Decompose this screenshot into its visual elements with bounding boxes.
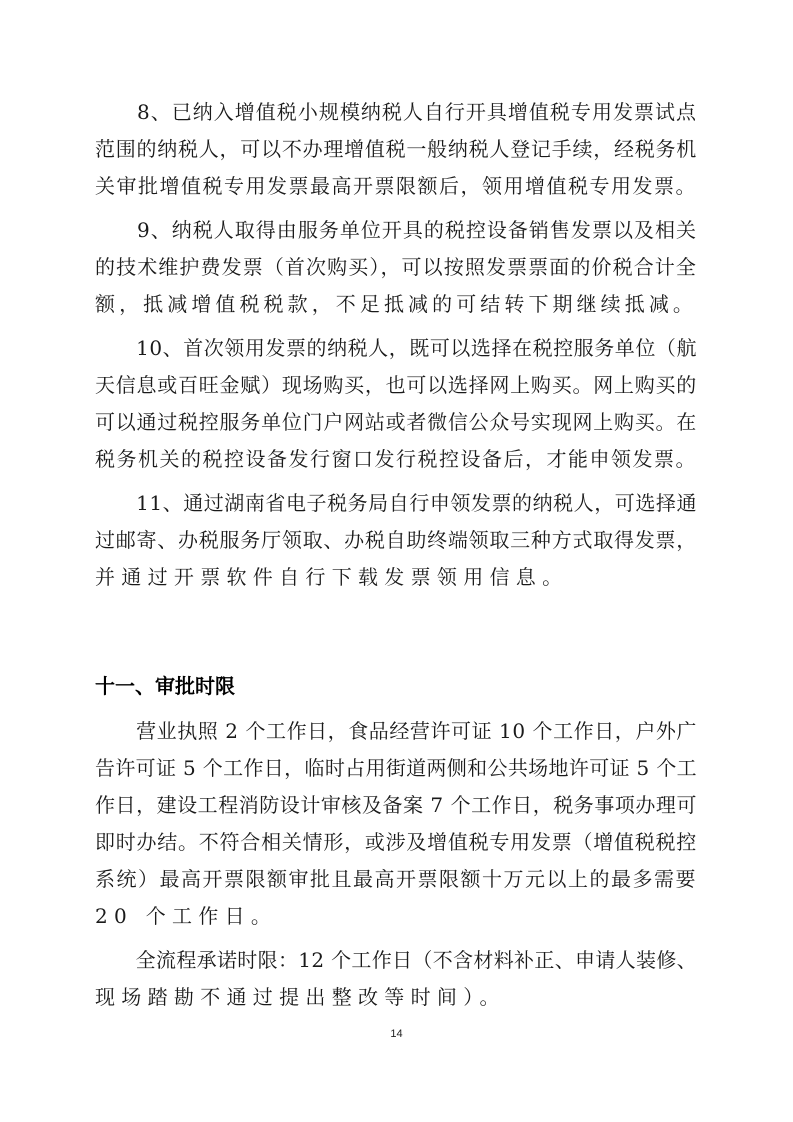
page-number: 14 <box>0 1028 793 1040</box>
paragraph-11-line-3: 并通过开票软件自行下载发票领用信息。 <box>95 563 699 591</box>
paragraph-8-line-2: 范围的纳税人，可以不办理增值税一般纳税人登记手续，经税务机 <box>95 135 699 163</box>
approval-paragraph-line-2: 告许可证 5 个工作日，临时占用街道两侧和公共场地许可证 5 个工 <box>95 754 699 782</box>
paragraph-11-line-1: 11、通过湖南省电子税务局自行申领发票的纳税人，可选择通 <box>95 489 699 517</box>
paragraph-9-line-3: 额，抵减增值税税款，不足抵减的可结转下期继续抵减。 <box>95 290 699 318</box>
paragraph-10-line-3: 可以通过税控服务单位门户网站或者微信公众号实现网上购买。在 <box>95 408 699 436</box>
approval-paragraph-line-4: 即时办结。不符合相关情形，或涉及增值税专用发票（增值税税控 <box>95 828 699 856</box>
document-page: 8、已纳入增值税小规模纳税人自行开具增值税专用发票试点 范围的纳税人，可以不办理… <box>0 0 793 1122</box>
approval-paragraph-line-5: 系统）最高开票限额审批且最高开票限额十万元以上的最多需要 <box>95 865 699 893</box>
paragraph-8-line-3: 关审批增值税专用发票最高开票限额后，领用增值税专用发票。 <box>95 172 699 200</box>
section-heading-approval-time-limit: 十一、审批时限 <box>95 672 235 700</box>
commitment-paragraph-line-1: 全流程承诺时限：12 个工作日（不含材料补正、申请人装修、 <box>95 946 699 974</box>
paragraph-8-line-1: 8、已纳入增值税小规模纳税人自行开具增值税专用发票试点 <box>95 98 699 126</box>
approval-paragraph-line-1: 营业执照 2 个工作日，食品经营许可证 10 个工作日，户外广 <box>95 717 699 745</box>
approval-paragraph-line-3: 作日，建设工程消防设计审核及备案 7 个工作日，税务事项办理可 <box>95 791 699 819</box>
paragraph-11-line-2: 过邮寄、办税服务厅领取、办税自助终端领取三种方式取得发票， <box>95 526 699 554</box>
paragraph-10-line-1: 10、首次领用发票的纳税人，既可以选择在税控服务单位（航 <box>95 334 699 362</box>
paragraph-10-line-4: 税务机关的税控设备发行窗口发行税控设备后，才能申领发票。 <box>95 445 699 473</box>
paragraph-9-line-2: 的技术维护费发票（首次购买），可以按照发票票面的价税合计全 <box>95 253 699 281</box>
commitment-paragraph-line-2: 现场踏勘不通过提出整改等时间）。 <box>95 983 699 1011</box>
paragraph-9-line-1: 9、纳税人取得由服务单位开具的税控设备销售发票以及相关 <box>95 216 699 244</box>
paragraph-10-line-2: 天信息或百旺金赋）现场购买，也可以选择网上购买。网上购买的 <box>95 371 699 399</box>
approval-paragraph-line-6: 20 个工作日。 <box>95 902 699 930</box>
